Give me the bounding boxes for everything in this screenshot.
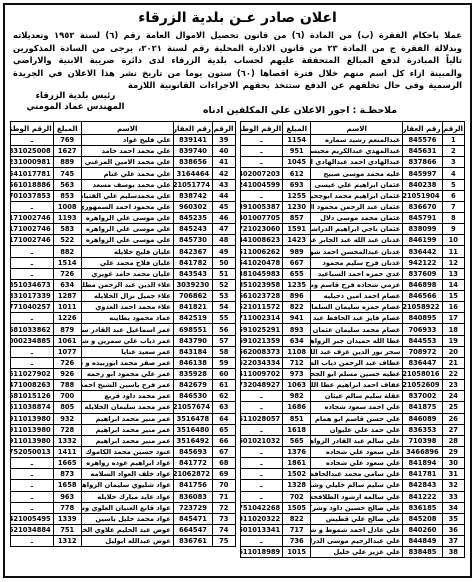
- row-number: 9: [442, 224, 464, 235]
- national-id: 9521011572: [240, 302, 283, 313]
- row-number: 32: [442, 480, 464, 491]
- property-number: 21057674: [173, 402, 212, 413]
- amount: 982: [283, 391, 311, 402]
- national-id: 9711002314: [240, 313, 283, 324]
- table-row: 61842679عمر فرج ياسين الشيخ احمد78894710…: [11, 380, 236, 391]
- property-number: 841222: [403, 491, 442, 502]
- national-id: 9691021359: [240, 335, 283, 346]
- taxpayer-name: علي عادل احمد شموط و شركاه: [311, 524, 403, 535]
- national-id: ـ: [240, 446, 283, 457]
- row-number: 47: [213, 224, 235, 235]
- property-number: 845243: [173, 224, 212, 235]
- national-id: 9911013980: [11, 413, 54, 424]
- property-number: 840260: [403, 524, 442, 535]
- amount: 1193: [53, 213, 81, 224]
- taxpayer-table-left: الرقمرقم العقارالاسمالمبلغالرقم الوطني 3…: [10, 121, 236, 547]
- taxpayer-name: عمر منير محمد ابراهيم: [81, 435, 173, 446]
- col-header-amount: المبلغ: [53, 122, 81, 135]
- amount: 1008: [53, 201, 81, 212]
- row-number: 69: [213, 469, 235, 480]
- amount: 973: [283, 369, 311, 380]
- row-number: 66: [213, 435, 235, 446]
- amount: 926: [53, 369, 81, 380]
- property-number: 845730: [173, 235, 212, 246]
- property-number: 836761: [173, 536, 212, 547]
- national-id: ـ: [240, 469, 283, 480]
- amount: 822: [283, 302, 311, 313]
- row-number: 11: [442, 246, 464, 257]
- property-number: 845631: [403, 146, 442, 157]
- row-number: 65: [213, 424, 235, 435]
- property-number: 844553: [403, 335, 442, 346]
- amount: 893: [283, 324, 311, 335]
- national-id: ـ: [11, 246, 54, 257]
- row-number: 15: [442, 291, 464, 302]
- col-header-seq: الرقم: [442, 122, 464, 135]
- row-number: 75: [213, 536, 235, 547]
- row-number: 52: [213, 279, 235, 290]
- property-number: 836185: [403, 502, 442, 513]
- national-id: 9751042268: [240, 502, 283, 513]
- amount: 745: [53, 168, 81, 179]
- national-id: ـ: [11, 357, 54, 368]
- amount: 1658: [53, 480, 81, 491]
- property-number: 3516480: [173, 424, 212, 435]
- taxpayer-name: عثمان محمد موسى دلال: [311, 213, 403, 224]
- national-id: ـ: [240, 135, 283, 146]
- property-number: 841782: [173, 257, 212, 268]
- col-header-name: الاسم: [311, 122, 403, 135]
- taxpayer-name: عمر محمد سليمان الخلايله: [81, 402, 173, 413]
- taxpayer-name: علي سليم سالم خليلي وشريكه: [311, 480, 403, 491]
- national-id: 9721023060: [240, 224, 283, 235]
- row-number: 4: [442, 168, 464, 179]
- property-number: 837609: [403, 268, 442, 279]
- amount: 1339: [53, 513, 81, 524]
- amount: 751: [53, 524, 81, 535]
- national-id: 9171002746: [11, 235, 54, 246]
- amount: 612: [283, 168, 311, 179]
- taxpayer-name: عليان فلاح محمد علي: [81, 257, 173, 268]
- amount: 1665: [53, 458, 81, 469]
- table-row: 14846898عزمي شحاده فرح قاسم وشركاه123598…: [240, 279, 465, 290]
- national-id: ـ: [240, 480, 283, 491]
- table-row: 35845208علي صالح علي قطيش8229911020322: [240, 513, 465, 524]
- taxpayer-name: عثمان ابراهيم علي عيسى: [311, 179, 403, 190]
- table-row: 6321057674عمر محمد سليمان الخلايله805961…: [11, 402, 236, 413]
- national-id: ـ: [11, 268, 54, 279]
- property-number: 723729: [173, 502, 212, 513]
- property-number: 839740: [173, 146, 212, 157]
- amount: 822: [283, 513, 311, 524]
- table-row: 2845631عبدالمهدي عبدالكريم محيسن مرشود95…: [240, 146, 465, 157]
- amount: 1255: [283, 190, 311, 201]
- row-number: 42: [213, 168, 235, 179]
- taxpayer-name: علي محمد يوسف مسعد: [81, 179, 173, 190]
- table-row: 21836447عطاف عبد الرحمن ذياب الصلايمه712…: [240, 357, 465, 368]
- national-id: ـ: [11, 480, 54, 491]
- row-number: 27: [442, 424, 464, 435]
- amount: 1045: [283, 157, 311, 168]
- property-number: 846138: [173, 357, 212, 368]
- national-id: ـ: [11, 201, 54, 212]
- row-number: 59: [213, 357, 235, 368]
- table-row: 32842843علي سليم سالم خليلي وشريكه1328ـ: [240, 480, 465, 491]
- table-row: 10846199عدنان عبد الله عبد الجابر عبده14…: [240, 235, 465, 246]
- row-number: 71: [213, 491, 235, 502]
- amount: 788: [53, 380, 81, 391]
- announcement-body-text: عملا باحكام الفقرة (ب) من المادة (٦) من …: [9, 29, 466, 92]
- taxpayer-name: عمر محمد داود قربع: [81, 391, 173, 402]
- property-number: 845791: [403, 213, 442, 224]
- taxpayer-name: عزمي شحاده فرح قاسم وشركاه: [311, 279, 403, 290]
- property-number: 706862: [173, 291, 212, 302]
- national-id: 9771040257: [11, 302, 54, 313]
- property-number: 841781: [403, 469, 442, 480]
- taxpayer-name: عمر اسماعيل عبد القادر سماره: [81, 324, 173, 335]
- amount: 951: [283, 146, 311, 157]
- national-id: 9441008623: [240, 235, 283, 246]
- row-number: 43: [213, 179, 235, 190]
- table-row: 54841821علاء محمد احمد العدوي10119771040…: [11, 302, 236, 313]
- national-id: 9661023728: [240, 291, 283, 302]
- national-id: ـ: [11, 458, 54, 469]
- national-id: ـ: [240, 391, 283, 402]
- amount: 778: [53, 502, 81, 513]
- property-number: 843790: [173, 335, 212, 346]
- national-id: 9732048927: [240, 380, 283, 391]
- taxpayer-name: عفاف احمد ابراهيم عطا الله: [311, 380, 403, 391]
- national-id: 9511006262: [240, 246, 283, 257]
- amount: 1411: [53, 446, 81, 457]
- national-id: 9401007705: [240, 213, 283, 224]
- table-row: 40839740علي محمد احمد حامد16279831025008: [11, 146, 236, 157]
- row-number: 50: [213, 257, 235, 268]
- table-row: 59846138عمر صقر محمد ابوزبيده و شركاه726…: [11, 357, 236, 368]
- amount: 1015: [283, 547, 311, 558]
- amount: 932: [53, 413, 81, 424]
- amount: 634: [283, 335, 311, 346]
- taxpayer-name: علاء جميل نزال الخلايله: [81, 291, 173, 302]
- national-id: ـ: [240, 424, 283, 435]
- table-row: 6921062872عواد خلف العواد السلامه873ـ: [11, 469, 236, 480]
- table-row: 1845576عبدالمنعم رشيد سماره1154ـ: [240, 135, 465, 146]
- table-row: 45960302علي محمود احمد السمهوري1008ـ: [11, 201, 236, 212]
- row-number: 8: [442, 213, 464, 224]
- national-id: 9831025008: [11, 146, 54, 157]
- row-number: 35: [442, 513, 464, 524]
- amount: 1063: [283, 380, 311, 391]
- table-row: 19844553عطا الله حميدان جبر الزواهره6349…: [240, 335, 465, 346]
- property-number: 21058922: [403, 302, 442, 313]
- taxpayer-name: عليان محمد حامد غويري: [81, 268, 173, 279]
- property-number: 708972: [403, 346, 442, 357]
- table-row: 67845693عنود حسين محمد الكاموك1411975205…: [11, 446, 236, 457]
- row-number: 68: [213, 458, 235, 469]
- taxpayer-name: عثمان ابراهيم محمد ابوجحيشه وشركاه: [311, 190, 403, 201]
- table-row: 25841875علي احمد سعود شحاده1686ـ: [240, 402, 465, 413]
- property-number: 846898: [403, 279, 442, 290]
- property-number: 845576: [403, 135, 442, 146]
- taxpayer-name: علي موسى علي الزواهره: [81, 224, 173, 235]
- property-number: 846566: [403, 291, 442, 302]
- table-row: 15846566عصام احمد امين دحيليه89696610237…: [240, 291, 465, 302]
- national-id: 9171002746: [11, 224, 54, 235]
- taxpayer-name: علاء الدين عبد الرحمن مطلق ابو جحيشه: [81, 279, 173, 290]
- national-id: ـ: [240, 190, 283, 201]
- taxpayer-name: عصام حمزه سليمان السلمان: [311, 302, 403, 313]
- taxpayer-name: عبدالهادي احمد عبدالهادي ابوصعيليك: [311, 157, 403, 168]
- amount: 728: [53, 424, 81, 435]
- taxpayer-name: عصام احمد امين دحيليه: [311, 291, 403, 302]
- table-row: 5840238عثمان ابراهيم علي عيسى69392410045…: [240, 179, 465, 190]
- amount: 882: [53, 246, 81, 257]
- amount: 1627: [53, 146, 81, 157]
- table-row: 71836083عواد عايد مبارك خلايله963ـ: [11, 491, 236, 502]
- property-number: 706933: [403, 324, 442, 335]
- table-row: 3837866عبدالهادي احمد عبدالهادي ابوصعيلي…: [240, 157, 465, 168]
- taxpayer-name: علي سعود علي شحاده: [311, 458, 403, 469]
- row-number: 25: [442, 402, 464, 413]
- taxpayer-name: عمر منير محمد ابراهيم: [81, 413, 173, 424]
- taxpayer-name: عمر ذياب علي سمرين و شريكه: [81, 335, 173, 346]
- taxpayer-name: عطيه حسين مسلم ابو الجحش: [311, 369, 403, 380]
- row-number: 73: [213, 513, 235, 524]
- taxpayer-table-right: الرقمرقم العقارالاسمالمبلغالرقم الوطني 1…: [240, 121, 466, 558]
- property-number: 836083: [173, 491, 212, 502]
- national-id: 9501013341: [240, 524, 283, 535]
- row-number: 16: [442, 302, 464, 313]
- announcement-page: اعلان صادر عـن بلدية الزرقاء عملا باحكام…: [0, 0, 475, 582]
- amount: 1376: [283, 446, 311, 457]
- national-id: 9611028057: [240, 413, 283, 424]
- table-row: 24837002عقلة سليم سالم عيثان982ـ: [240, 391, 465, 402]
- amount: 565: [283, 435, 311, 446]
- row-number: 22: [442, 369, 464, 380]
- row-number: 74: [213, 524, 235, 535]
- taxpayer-name: عنود حسين محمد الكاموك: [81, 446, 173, 457]
- row-number: 40: [213, 146, 235, 157]
- table-row: 68841772عواد ابراهيم عوده زواهره1665ـ: [11, 458, 236, 469]
- property-number: 836447: [403, 357, 442, 368]
- property-number: 841756: [173, 480, 212, 491]
- table-row: 51843543عليان محمد حامد غويري726ـ: [11, 268, 236, 279]
- amount: 1686: [283, 402, 311, 413]
- row-number: 51: [213, 268, 235, 279]
- national-id: 9391005387: [240, 201, 283, 212]
- taxpayer-name: عواد شليوي سليمان الزواهره: [81, 480, 173, 491]
- taxpayer-name: علي محمود احمد السمهوري: [81, 201, 173, 212]
- national-id: 9411009702: [240, 369, 283, 380]
- property-number: 845997: [403, 168, 442, 179]
- amount: 1235: [283, 279, 311, 290]
- property-number: 3039230: [173, 279, 212, 290]
- table-row: 73845471عواد محمد خليل ياسين133994210054…: [11, 513, 236, 524]
- property-number: 837002: [403, 391, 442, 402]
- national-id: ـ: [11, 257, 54, 268]
- property-number: 841875: [403, 402, 442, 413]
- property-number: 960302: [173, 201, 212, 212]
- table-row: 39839141علي فليح عواد769ـ: [11, 135, 236, 146]
- property-number: 845208: [403, 513, 442, 524]
- col-header-property: رقم العقار: [403, 122, 442, 135]
- taxpayer-name: علي حمد علي عليوان: [311, 424, 403, 435]
- table-row: 48845730علي موسى علي الزواهره52291710027…: [11, 235, 236, 246]
- taxpayer-name: علي محمد احمد حامد: [81, 146, 173, 157]
- table-row: 38838485علي عزيز علي خليل10159611018989: [240, 547, 465, 558]
- national-id: 9402007203: [240, 168, 283, 179]
- row-number: 36: [442, 524, 464, 535]
- property-number: 842367: [173, 246, 212, 257]
- row-number: 58: [213, 346, 235, 357]
- amount: 1618: [283, 424, 311, 435]
- table-row: 31841781علي سامي محمد عبدالحافظ1502ـ: [240, 469, 465, 480]
- amount: 1328: [283, 480, 311, 491]
- table-row: 58843184عمر سعيد عنايا1077ـ: [11, 346, 236, 357]
- table-row: 34836185علي صالح حسين داود وشركاه1505975…: [240, 502, 465, 513]
- national-id: ـ: [11, 346, 54, 357]
- national-id: ـ: [11, 502, 54, 513]
- taxpayer-tables: الرقمرقم العقارالاسمالمبلغالرقم الوطني 1…: [9, 116, 466, 558]
- national-id: 9541017781: [11, 168, 54, 179]
- row-number: 6: [442, 190, 464, 201]
- property-number: 3466896: [403, 446, 442, 457]
- row-number: 18: [442, 324, 464, 335]
- amount: 702: [283, 491, 311, 502]
- taxpayer-name: عصام محمد سليمان عثمان وشريكاه: [311, 324, 403, 335]
- amount: 667: [283, 257, 311, 268]
- table-row: 49842367عليان فليح خلايله882ـ: [11, 246, 236, 257]
- amount: 700: [53, 391, 81, 402]
- taxpayer-name: عدنان فرح سليم محمود: [311, 257, 403, 268]
- taxpayer-name: علي سامي محمد عبدالحافظ: [311, 469, 403, 480]
- row-number: 30: [442, 458, 464, 469]
- amount: 1077: [53, 346, 81, 357]
- amount: 805: [53, 402, 81, 413]
- amount: 563: [53, 179, 81, 190]
- table-row: 2221058016عطيه حسين مسلم ابو الجحش973941…: [240, 369, 465, 380]
- taxpayer-name: عدنان عبد الله عبد الجابر عبده: [311, 235, 403, 246]
- property-number: 838485: [403, 547, 442, 558]
- property-number: 710398: [403, 435, 442, 446]
- national-id: 9681033862: [11, 324, 54, 335]
- amount: 583: [53, 224, 81, 235]
- national-id: ـ: [240, 157, 283, 168]
- table-row: 60835928عمر علي محمود ابو رحمه9269611027…: [11, 369, 236, 380]
- amount: 1287: [53, 291, 81, 302]
- row-number: 60: [213, 369, 235, 380]
- table-row: 12942122عدنان فرح سليم محمود667954102047…: [240, 257, 465, 268]
- table-row: 293466896علي سعود علي شحاده1376ـ: [240, 446, 465, 457]
- taxpayer-name: عطا الله حميدان جبر الزواهره: [311, 335, 403, 346]
- taxpayer-name: علي عبدالرحيم موسى الدراج: [311, 536, 403, 547]
- national-id: ـ: [11, 536, 54, 547]
- property-number: 842843: [403, 480, 442, 491]
- national-id: ـ: [240, 536, 283, 547]
- row-number: 29: [442, 446, 464, 457]
- amount: 1108: [283, 346, 311, 357]
- amount: 1505: [283, 502, 311, 513]
- amount: 1514: [53, 257, 81, 268]
- amount: 1332: [53, 435, 81, 446]
- col-header-seq: الرقم: [213, 122, 235, 135]
- property-number: 942122: [403, 257, 442, 268]
- amount: 655: [283, 268, 311, 279]
- taxpayer-name: عمر علي محمود ابو رحمه: [81, 369, 173, 380]
- national-id: ـ: [11, 469, 54, 480]
- property-number: 840895: [403, 313, 442, 324]
- property-number: 835928: [173, 369, 212, 380]
- property-number: 838656: [173, 157, 212, 168]
- amount: 1423: [283, 235, 311, 246]
- table-row: 72723729عواد قانع العنيان العلوي وشريكه …: [11, 502, 236, 513]
- table-row: 70841756عواد شليوي سليمان الزواهره1658ـ: [11, 480, 236, 491]
- property-number: 838099: [403, 224, 442, 235]
- table-row: 47845243علي موسى علي الزواهره58391710027…: [11, 224, 236, 235]
- signature-block: رئيس بلدية الزرقاء المهندس عماد المومني: [13, 91, 138, 112]
- taxpayer-name: علي صالح حسين داود وشركاه: [311, 502, 403, 513]
- national-id: ـ: [240, 491, 283, 502]
- row-number: 19: [442, 335, 464, 346]
- row-number: 62: [213, 391, 235, 402]
- row-number: 39: [213, 135, 235, 146]
- amount: 1226: [53, 313, 81, 324]
- table-row: 74664547عوض عبد الحليم علاوي الخلايله751…: [11, 524, 236, 535]
- taxpayer-name: علي محمدسليم علي الفتياني: [81, 190, 173, 201]
- row-number: 37: [442, 536, 464, 547]
- national-id: ـ: [11, 491, 54, 502]
- taxpayer-name: عليه محمد موسى صبيح: [311, 168, 403, 179]
- table-header-row: الرقمرقم العقارالاسمالمبلغالرقم الوطني: [11, 122, 236, 135]
- taxpayer-name: عصام فايز عبد الحافظ عبد ربه: [311, 313, 403, 324]
- property-number: 21062872: [173, 469, 212, 480]
- amount: 941: [283, 313, 311, 324]
- row-number: 56: [213, 324, 235, 335]
- property-number: 3164464: [173, 168, 212, 179]
- row-number: 24: [442, 391, 464, 402]
- taxpayer-name: عواد قانع العنيان العلوي وشريكه فلح: [81, 502, 173, 513]
- national-id: 9752050013: [11, 446, 54, 457]
- table-row: 27836353علي حمد علي عليوان1618ـ: [240, 424, 465, 435]
- taxpayer-name: عماد محمود بطاينه: [81, 313, 173, 324]
- taxpayer-name: علي سالمه ارشود الطلافحه: [311, 491, 403, 502]
- taxpayer-name: عمر فرج ياسين الشيخ احمد: [81, 380, 173, 391]
- national-id: 9541020478: [240, 257, 283, 268]
- taxpayer-name: علي سالم عبد القادر الزواهره: [311, 435, 403, 446]
- amount: 1591: [283, 224, 311, 235]
- row-number: 3: [442, 157, 464, 168]
- amount: 1861: [283, 458, 311, 469]
- property-number: 841821: [173, 302, 212, 313]
- property-number: 836670: [403, 201, 442, 212]
- taxpayer-name: عمر سعيد عنايا: [81, 346, 173, 357]
- property-number: 664547: [173, 524, 212, 535]
- property-number: 21052609: [403, 380, 442, 391]
- national-id: 9171002746: [11, 213, 54, 224]
- row-number: 14: [442, 279, 464, 290]
- property-number: 838742: [173, 190, 212, 201]
- table-row: 41838656علي محمد الامين المرغني889923100…: [11, 157, 236, 168]
- property-number: 844849: [403, 536, 442, 547]
- amount: 712: [283, 357, 311, 368]
- col-header-property: رقم العقار: [173, 122, 212, 135]
- taxpayer-name: عوض عبدالله ابوليل: [81, 536, 173, 547]
- table-row: 30841894علي سعود علي شحاده1861ـ: [240, 458, 465, 469]
- amount: 634: [53, 279, 81, 290]
- property-number: 843543: [173, 268, 212, 279]
- property-number: 846089: [403, 413, 442, 424]
- amount: 873: [53, 469, 81, 480]
